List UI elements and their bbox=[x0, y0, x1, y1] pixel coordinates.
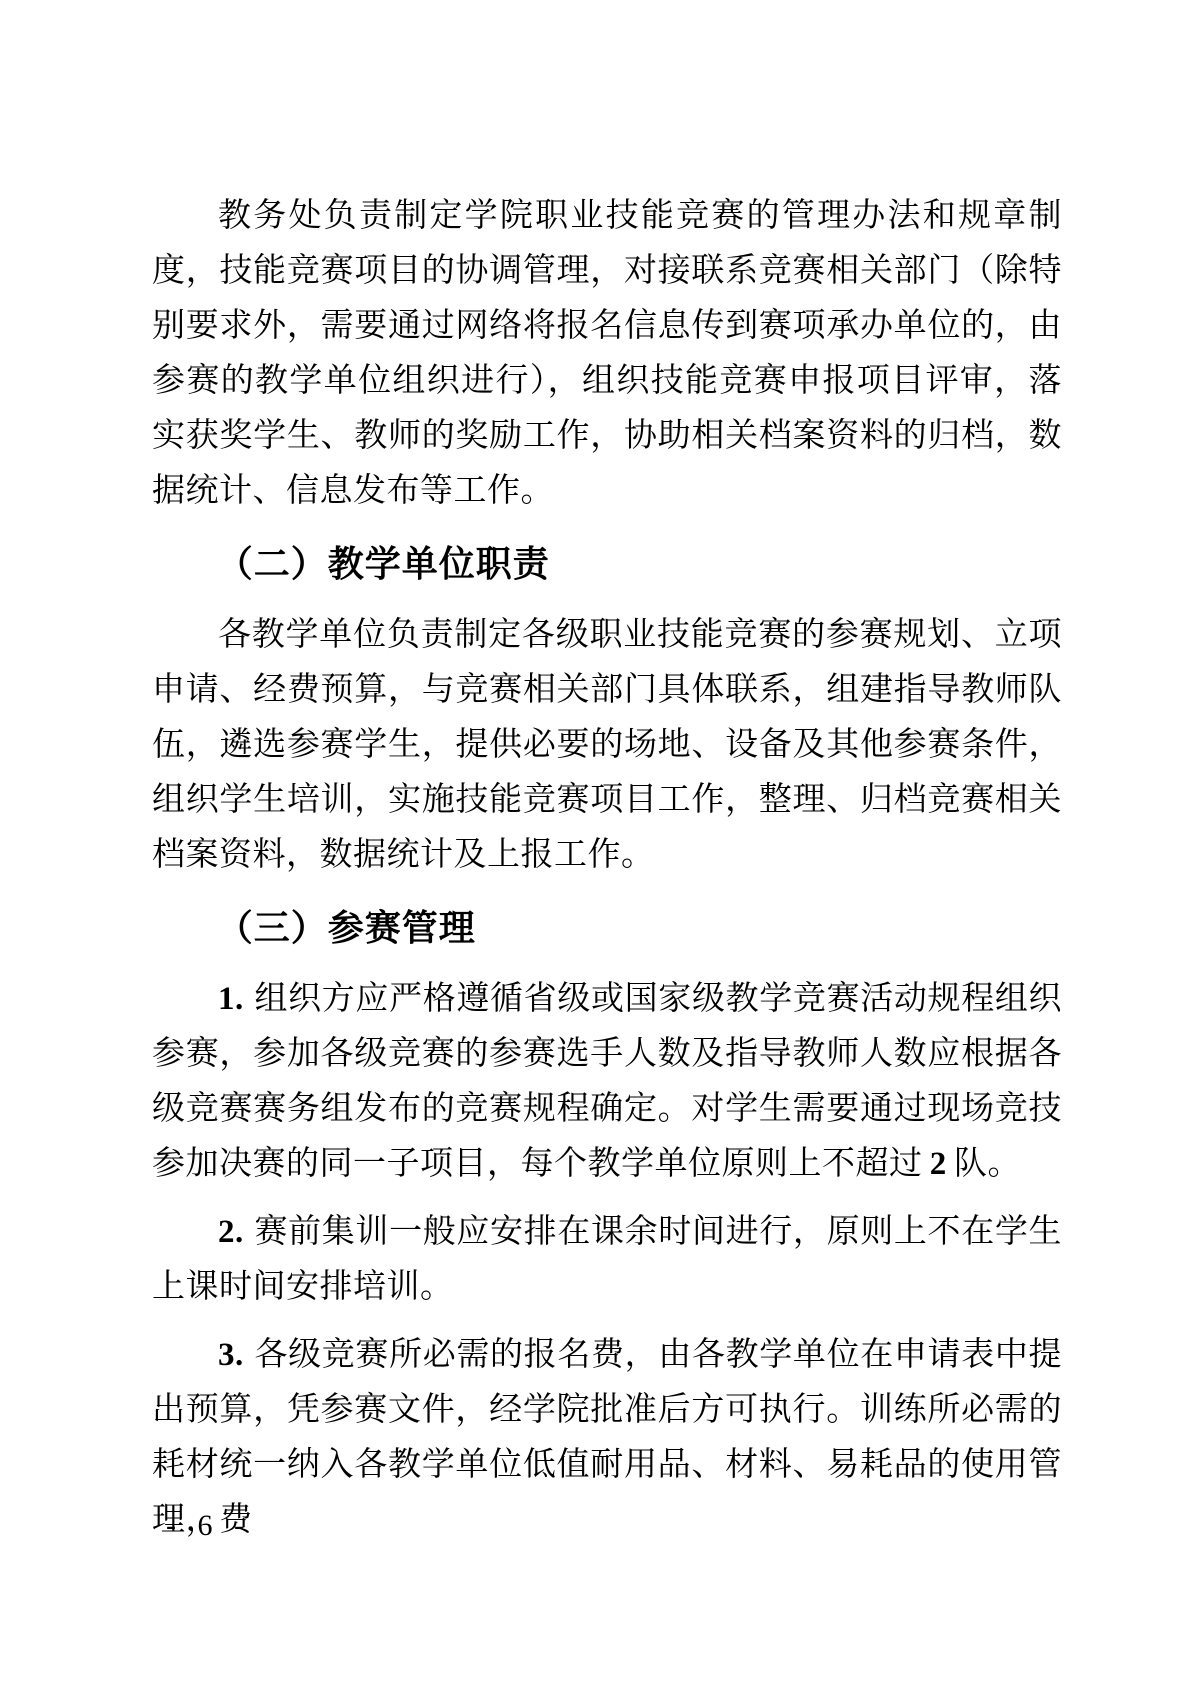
document-body: 教务处负责制定学院职业技能竞赛的管理办法和规章制度，技能竞赛项目的协调管理，对接… bbox=[152, 189, 1062, 1548]
item-1-text: 组织方应严格遵循省级或国家级教学竞赛活动规程组织参赛，参加各级竞赛的参赛选手人数… bbox=[152, 981, 1062, 1182]
list-item-1: 1.组织方应严格遵循省级或国家级教学竞赛活动规程组织参赛，参加各级竞赛的参赛选手… bbox=[152, 972, 1062, 1192]
item-3-text: 各级竞赛所必需的报名费，由各教学单位在申请表中提出预算，凭参赛文件，经学院批准后… bbox=[152, 1337, 1062, 1538]
item-1-bold-value: 2 bbox=[930, 1146, 947, 1182]
paragraph-1: 教务处负责制定学院职业技能竞赛的管理办法和规章制度，技能竞赛项目的协调管理，对接… bbox=[152, 189, 1062, 519]
item-3-number: 3. bbox=[218, 1337, 244, 1373]
list-item-2: 2.赛前集训一般应安排在课余时间进行，原则上不在学生上课时间安排培训。 bbox=[152, 1205, 1062, 1315]
list-item-3: 3.各级竞赛所必需的报名费，由各教学单位在申请表中提出预算，凭参赛文件，经学院批… bbox=[152, 1328, 1062, 1548]
item-1-number: 1. bbox=[218, 981, 244, 1017]
heading-section-2: （二）教学单位职责 bbox=[152, 536, 1062, 591]
item-1-text-after: 队。 bbox=[954, 1146, 1021, 1182]
heading-section-3: （三）参赛管理 bbox=[152, 900, 1062, 955]
page-number: - 6 - bbox=[166, 1508, 251, 1544]
item-2-text: 赛前集训一般应安排在课余时间进行，原则上不在学生上课时间安排培训。 bbox=[152, 1214, 1062, 1305]
paragraph-2: 各教学单位负责制定各级职业技能竞赛的参赛规划、立项申请、经费预算，与竞赛相关部门… bbox=[152, 608, 1062, 883]
item-2-number: 2. bbox=[218, 1214, 244, 1250]
document-page: 教务处负责制定学院职业技能竞赛的管理办法和规章制度，技能竞赛项目的协调管理，对接… bbox=[0, 0, 1191, 1684]
